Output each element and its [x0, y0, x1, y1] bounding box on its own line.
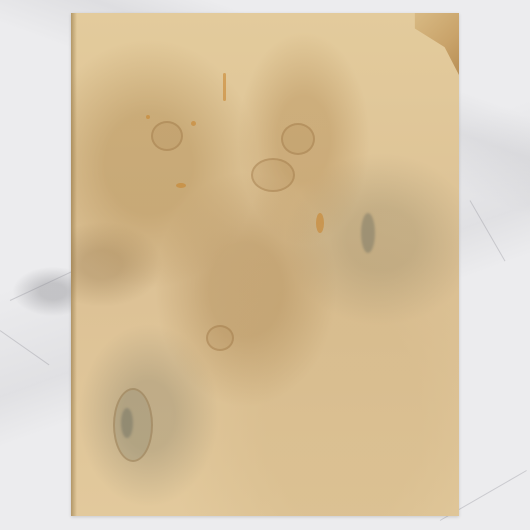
water-stain — [151, 121, 183, 151]
marble-vein — [0, 330, 49, 365]
rust-spot — [223, 73, 226, 101]
marble-vein — [470, 200, 506, 261]
mold-spot — [361, 213, 375, 253]
water-stain — [113, 388, 153, 462]
folded-corner — [411, 13, 459, 75]
rust-spot — [316, 213, 324, 233]
rust-spot — [191, 121, 196, 126]
paper-worn-edge — [71, 13, 77, 516]
rust-spot — [176, 183, 186, 188]
water-stain — [206, 325, 234, 351]
rust-spot — [146, 115, 150, 119]
water-stain — [251, 158, 295, 192]
aged-paper-sheet — [71, 13, 459, 516]
mold-spot — [121, 408, 133, 438]
water-stain — [281, 123, 315, 155]
